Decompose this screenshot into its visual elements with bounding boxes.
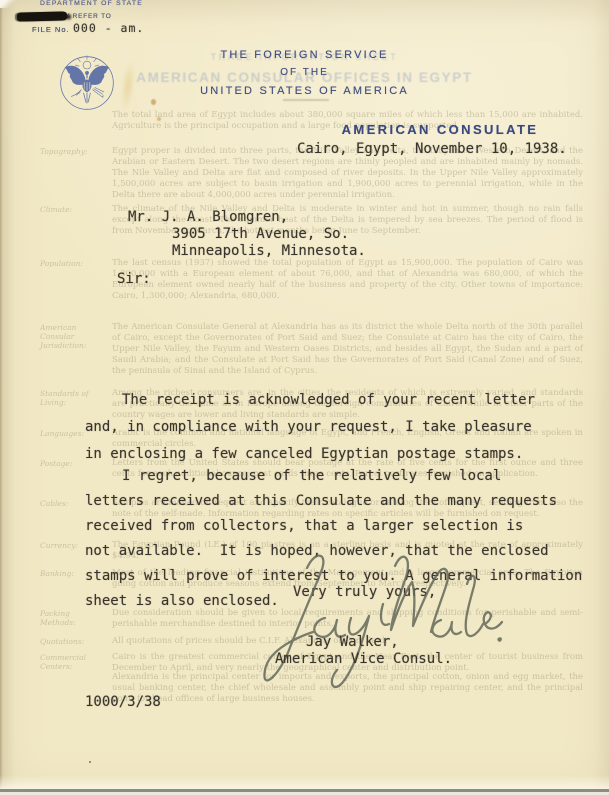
bleed-through-paragraph: The last census (1937) showed the total …: [112, 258, 583, 302]
recipient-name: Mr. J. A. Blomgren,: [128, 209, 288, 225]
bleed-through-block: American Consular Jurisdiction:The Ameri…: [40, 322, 583, 377]
body-line: letters received at this Consulate and t…: [85, 493, 557, 509]
bleed-through-label: Topography:: [40, 147, 106, 156]
recipient-street: 3905 17th Avenue, So.: [172, 226, 349, 242]
american-consulate-heading: AMERICAN CONSULATE: [280, 122, 600, 137]
rust-speck: [151, 99, 156, 105]
file-number-label: FILE No.: [32, 25, 70, 34]
bleed-through-label: Population:: [40, 259, 106, 268]
ink-redaction-mark: [17, 11, 67, 21]
signed-title: American Vice Consul.: [275, 651, 452, 667]
letter-sheet: TRADE INFORMATION SHEET AMERICAN CONSULA…: [0, 0, 609, 795]
file-number-value: 000 - am.: [73, 20, 144, 36]
body-line: sheet is also enclosed.: [85, 593, 279, 609]
salutation: Sir:: [117, 271, 151, 287]
bleed-through-label: Commercial Centers:: [40, 653, 106, 671]
paper-left-edge: [0, 0, 3, 795]
bleed-through-label: American Consular Jurisdiction:: [40, 323, 106, 350]
paper-corner: [0, 0, 16, 8]
letterhead-line3: UNITED STATES OF AMERICA: [0, 85, 609, 97]
in-reply-refer-label: Y REFER TO: [65, 13, 112, 20]
body-line: The receipt is acknowledged of your rece…: [122, 392, 535, 408]
dateline: Cairo, Egypt, November 10, 1938.: [297, 141, 567, 157]
bleed-through-paragraph: The American Consulate General at Alexan…: [112, 322, 583, 377]
recipient-city: Minneapolis, Minnesota.: [172, 243, 366, 259]
bleed-through-label: Packing Methods:: [40, 609, 106, 627]
signed-name: Jay Walker,: [306, 634, 399, 650]
bleed-through-label: Quotations:: [40, 637, 106, 646]
dirt-speck: [89, 761, 91, 763]
department-of-state-caption: DEPARTMENT OF STATE: [40, 0, 136, 7]
bleed-through-label: Climate:: [40, 205, 106, 214]
body-line: received from collectors, that a larger …: [85, 518, 523, 534]
body-line: I regret, because of the relatively few …: [122, 468, 501, 484]
footer-file-code: 1000/3/38: [85, 694, 161, 710]
bleed-through-rule: [283, 99, 329, 101]
body-line: and, in compliance with your request, I …: [85, 419, 532, 435]
handwritten-signature-jay-walker: [255, 540, 507, 700]
letterhead-line2: OF THE: [0, 67, 609, 78]
body-line: in enclosing a few canceled Egyptian pos…: [85, 446, 523, 462]
bleed-through-label: Standards of Living:: [40, 389, 106, 407]
letterhead-line1: THE FOREIGN SERVICE: [0, 49, 609, 61]
paper-bottom-edge: [0, 775, 609, 789]
scanned-letter: TRADE INFORMATION SHEET AMERICAN CONSULA…: [0, 0, 609, 795]
